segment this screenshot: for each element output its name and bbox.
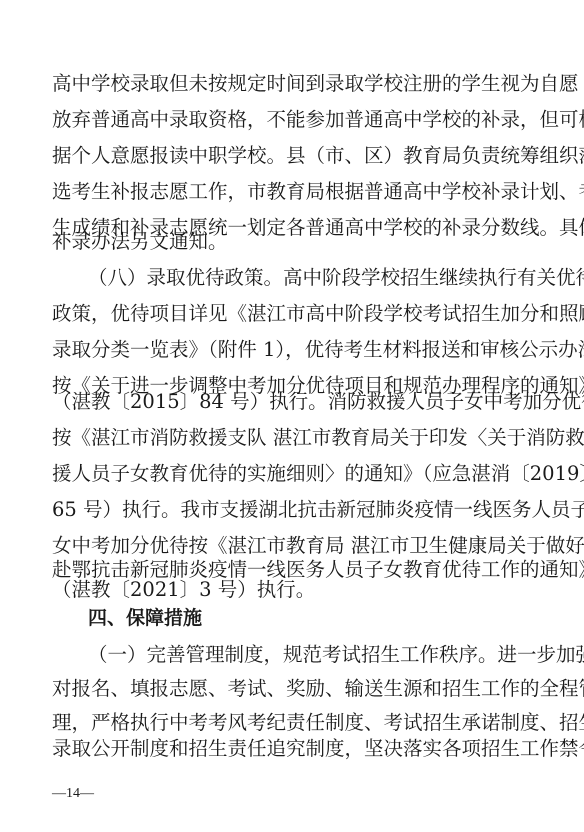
body-text-line: 据个人意愿报读中职学校。县（市、区）教育局负责统筹组织落 <box>52 144 534 168</box>
body-text-line: 女中考加分优待按《湛江市教育局 湛江市卫生健康局关于做好 <box>52 534 534 558</box>
body-text-line: 选考生补报志愿工作，市教育局根据普通高中学校补录计划、考 <box>52 180 534 204</box>
section-paragraph-start: （一）完善管理制度，规范考试招生工作秩序。进一步加强 <box>88 643 534 667</box>
body-text-line: （湛教〔2021〕3 号）执行。 <box>52 578 534 602</box>
body-text-line: 补录办法另文通知。 <box>52 230 534 254</box>
body-text-line: 录取分类一览表》（附件 1），优待考生材料报送和审核公示办法 <box>52 338 534 362</box>
body-text-line: 录取公开制度和招生责任追究制度，坚决落实各项招生工作禁令。 <box>52 737 534 761</box>
body-text-line: 按《湛江市消防救援支队 湛江市教育局关于印发〈关于消防救 <box>52 426 534 450</box>
body-text-line: 政策，优待项目详见《湛江市高中阶段学校考试招生加分和照顾 <box>52 302 534 326</box>
body-text-line: 理，严格执行中考考风考纪责任制度、考试招生承诺制度、招生 <box>52 711 534 735</box>
section-paragraph-start: （八）录取优待政策。高中阶段学校招生继续执行有关优待 <box>88 266 534 290</box>
body-text-line: 援人员子女教育优待的实施细则〉的通知》（应急湛消〔2019〕 <box>52 462 534 486</box>
body-text-line: 对报名、填报志愿、考试、奖励、输送生源和招生工作的全程管 <box>52 677 534 701</box>
body-text-line: （湛教〔2015〕84 号）执行。消防救援人员子女中考加分优待 <box>52 390 534 414</box>
body-text-line: 高中学校录取但未按规定时间到录取学校注册的学生视为自愿 <box>52 72 534 96</box>
body-text-line: 65 号）执行。我市支援湖北抗击新冠肺炎疫情一线医务人员子 <box>52 498 534 522</box>
document-page: 高中学校录取但未按规定时间到录取学校注册的学生视为自愿 放弃普通高中录取资格，不… <box>0 0 584 832</box>
page-number: —14— <box>52 786 94 802</box>
section-heading: 四、保障措施 <box>88 606 202 630</box>
body-text-line: 放弃普通高中录取资格，不能参加普通高中学校的补录，但可根 <box>52 108 534 132</box>
